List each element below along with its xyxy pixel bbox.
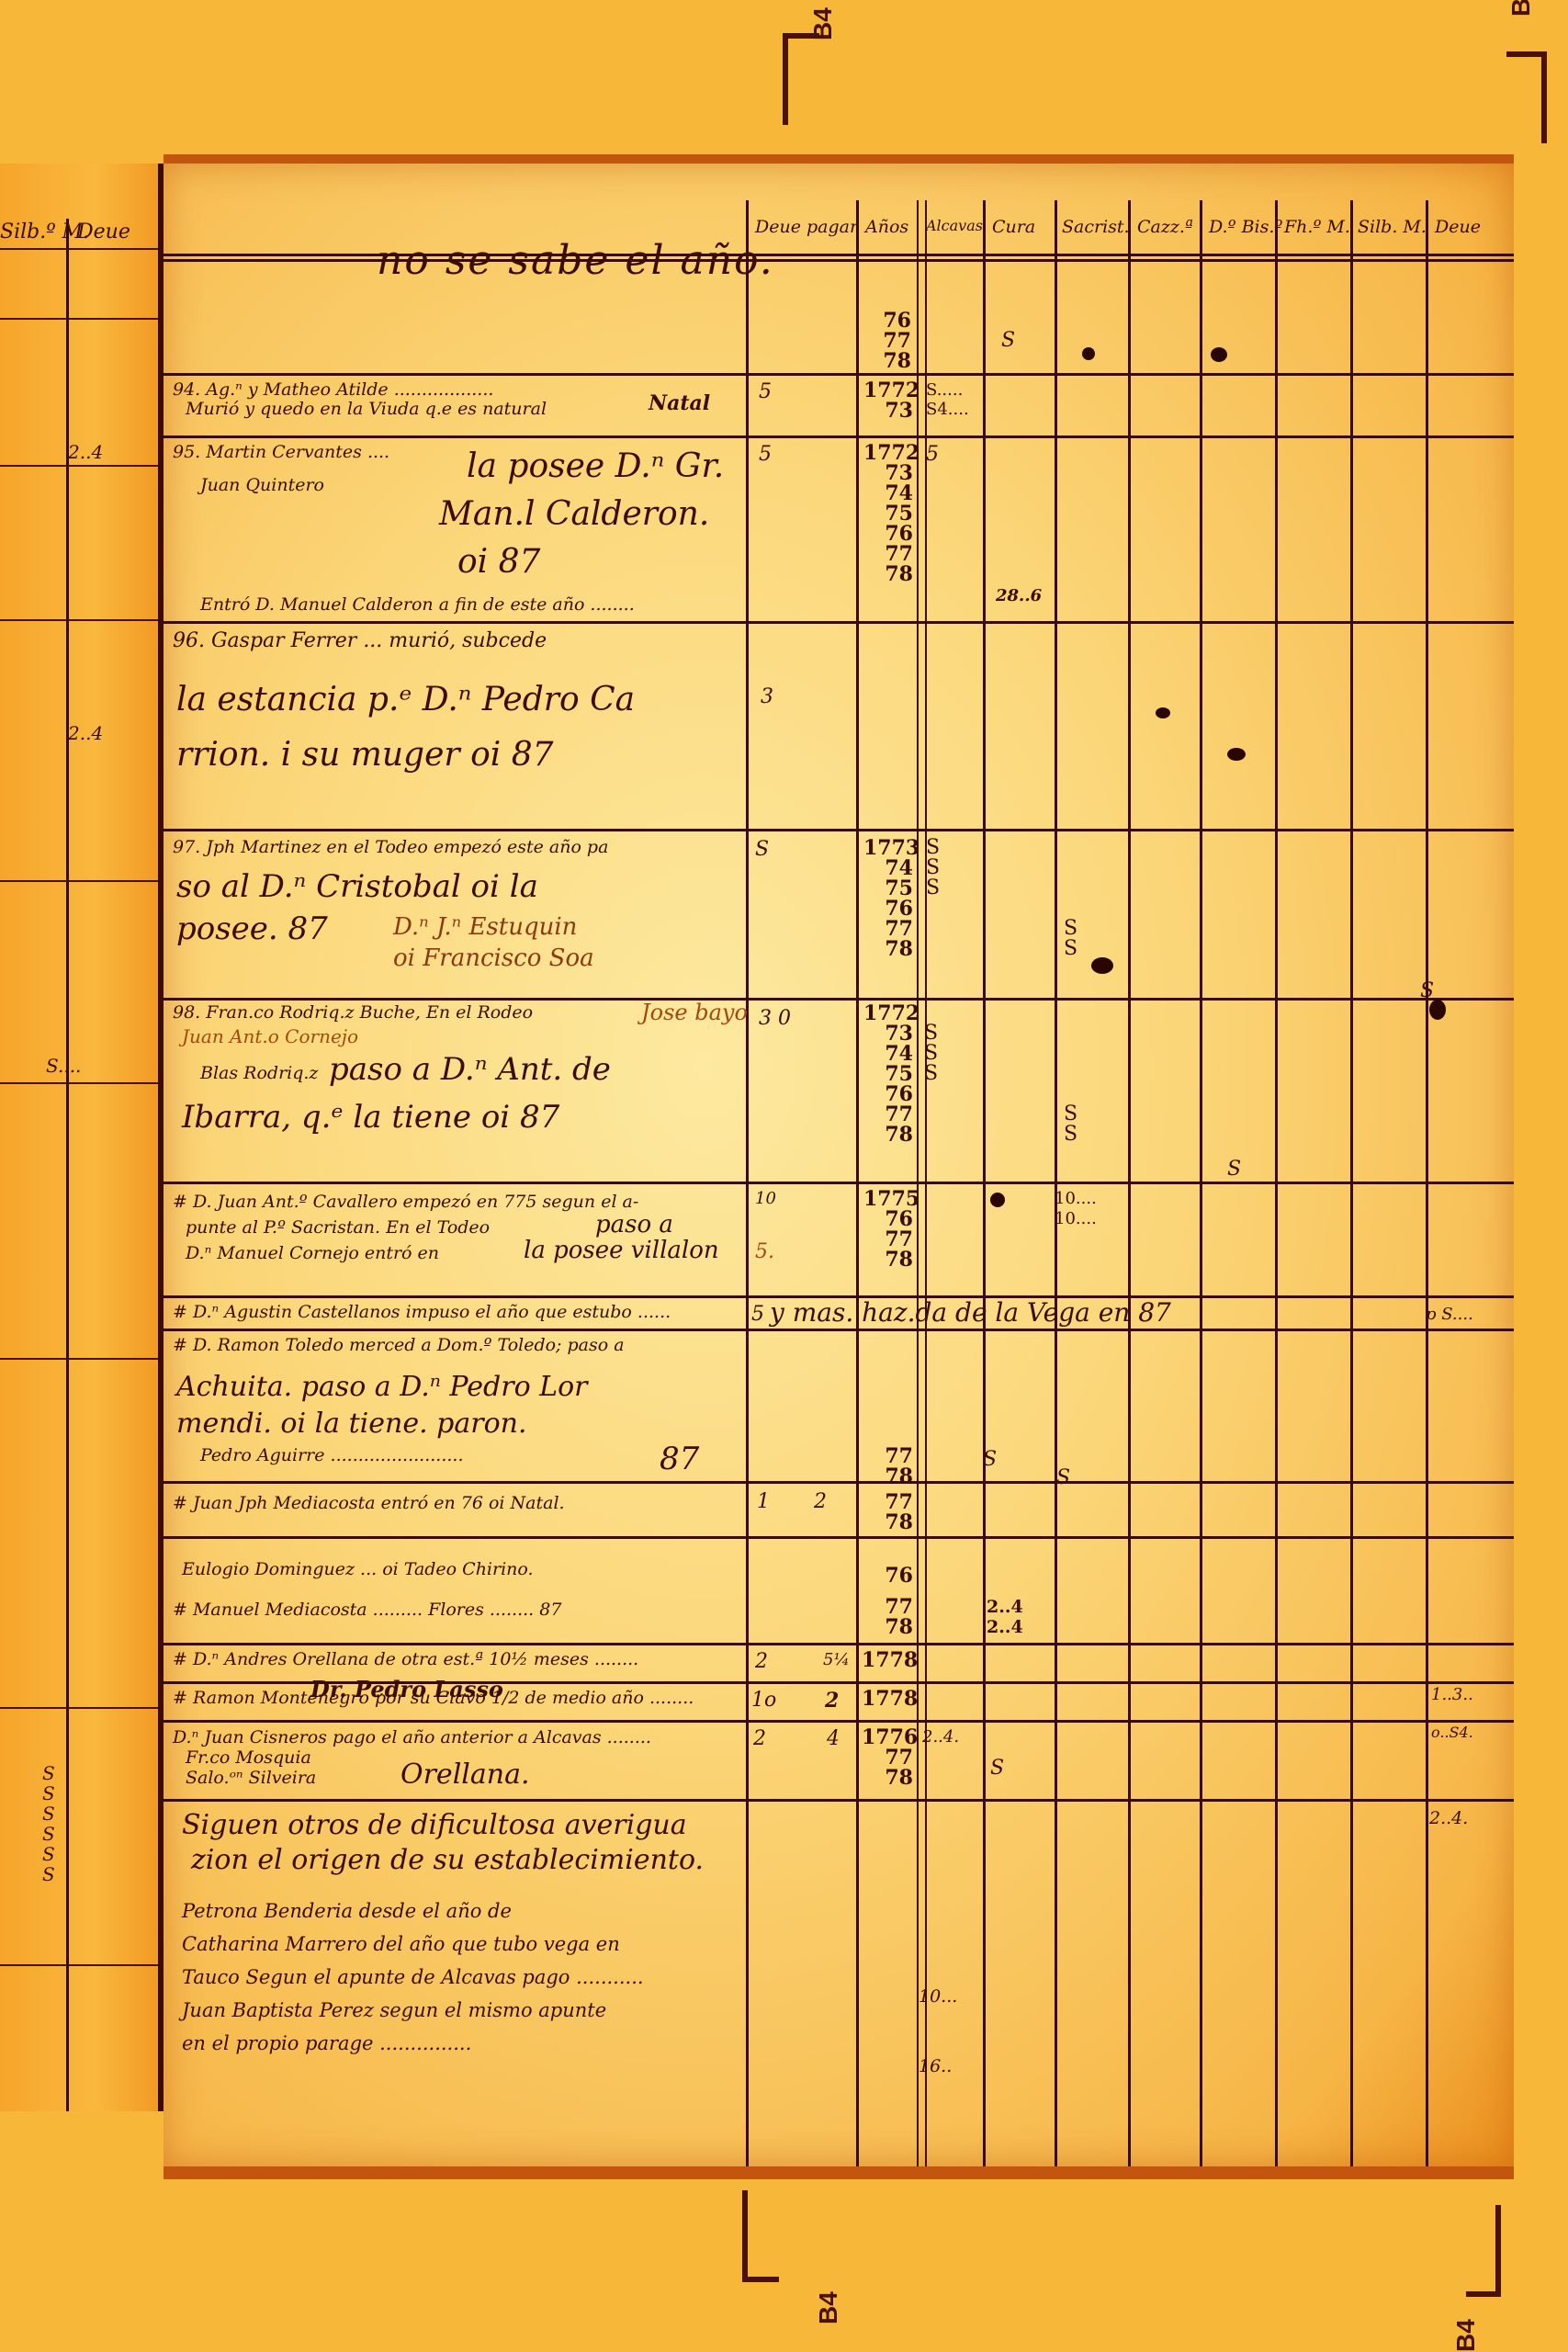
year: 77 [863, 1597, 913, 1617]
entry-name: # Manuel Mediacosta ......... Flores ...… [173, 1600, 742, 1620]
footer-entries: Petrona Benderia desde el año de Cathari… [182, 1894, 644, 2060]
entry-annotation: Ibarra, q.ᵉ la tiene oi 87 [182, 1099, 559, 1136]
year: 73 [863, 1023, 913, 1044]
year: 73 [863, 463, 913, 483]
column-header-sacrist: Sacrist. [1062, 217, 1130, 237]
left-note: S [42, 1762, 55, 1784]
entry-annotation-faded: D.ⁿ J.ⁿ Estuquin oi Francisco Soa [393, 911, 594, 974]
deue-pagar-value: 5 [759, 380, 772, 403]
column-header-anos: Años [865, 217, 908, 237]
column-header-alcavas: Alcavas [926, 217, 983, 234]
left-note: S.... [46, 1055, 81, 1077]
deue-pagar-value-b: 2 [814, 1490, 827, 1513]
footer-entry: Petrona Benderia desde el año de [182, 1894, 644, 1928]
entry-annotation: la posee villalon [524, 1237, 719, 1264]
year: 76 [863, 1209, 913, 1229]
entry-annotation: la estancia p.ᵉ D.ⁿ Pedro Ca rrion. i su… [176, 673, 635, 783]
deue-pagar-value: 3 [761, 685, 773, 708]
crop-mark-bottom-left-h [742, 2277, 779, 2282]
year: 78 [863, 564, 913, 584]
deue-pagar-value: 5 [751, 1303, 764, 1326]
crop-mark-top-left [783, 33, 788, 125]
footer-value: 16.. [919, 2056, 952, 2076]
deue-pagar-value: 3 0 [759, 1007, 791, 1030]
year: 77 [865, 331, 911, 351]
year: 76 [863, 1566, 913, 1586]
fh-value: S [1227, 1158, 1241, 1181]
year: 76 [863, 1084, 913, 1104]
column-header-fh-m: Fh.º M. [1284, 217, 1350, 237]
alcavas-value: 5 [926, 443, 939, 466]
entry-annotation-faded: Jose bayo [641, 1000, 748, 1025]
cura-values: 10.... 10.... [1055, 1189, 1097, 1229]
deue-value: 1..3.. [1431, 1685, 1473, 1704]
left-note: S [42, 1863, 55, 1885]
entry-annotation: 87 [660, 1441, 699, 1477]
column-header-cazz: Cazz.ª [1137, 217, 1193, 237]
cura-mark: S [990, 1757, 1004, 1780]
footer-entry: en el propio parage ............... [182, 2027, 644, 2060]
deue-value: p S.... [1426, 1305, 1473, 1324]
entry-annotation-faded: Juan Ant.o Cornejo [182, 1025, 358, 1047]
cura-mark: S [1001, 329, 1015, 352]
deue-pagar-value-b: 4 [827, 1727, 840, 1750]
deue-pagar-value: 2 [753, 1727, 766, 1750]
year: 77 [863, 919, 913, 939]
year: 75 [863, 878, 913, 899]
sacrist-values: S S [1064, 919, 1077, 959]
year: 78 [863, 1466, 913, 1487]
deue-pagar-value: S [755, 838, 769, 861]
section-title: no se sabe el año. [377, 237, 774, 284]
year: 1778 [862, 1650, 913, 1670]
year: 78 [862, 1768, 913, 1788]
left-page-fragment: Silb.º M. Deue 2..4 2..4 S.... S S S S S… [0, 164, 164, 2111]
year: 76 [865, 311, 911, 331]
crop-mark-bottom-right [1495, 2205, 1501, 2297]
entry-annotation: Dr. Pedro Lasso [310, 1676, 503, 1702]
year: 76 [863, 899, 913, 919]
alcavas-values: S..... S4.... [926, 380, 969, 419]
entry-name: 97. Jph Martinez en el Todeo empezó este… [173, 838, 742, 857]
year: 74 [863, 483, 913, 503]
entry-annotation: Orellana. [400, 1758, 530, 1791]
alcavas-mark: S [983, 1448, 997, 1471]
year: 77 [862, 1747, 913, 1768]
footer-heading: Siguen otros de dificultosa averigua zio… [182, 1808, 704, 1877]
year: 78 [865, 351, 911, 371]
footer-value: 10... [919, 1986, 957, 2007]
deue-pagar-value: 1 [757, 1490, 770, 1513]
alcavas-value: 2..4. [922, 1727, 959, 1747]
column-header-do-bis: D.º Bis.º [1209, 217, 1282, 237]
year: 78 [863, 939, 913, 959]
inline-note: y mas. haz.da de la Vega en 87 [770, 1297, 1171, 1328]
silb-value: S [1420, 979, 1434, 1002]
crop-mark-bottom-right-h [1466, 2291, 1501, 2297]
cura-values: 2..4 2..4 [987, 1597, 1023, 1637]
left-note: S [42, 1803, 55, 1825]
crop-label-bottom-right: B4 [1451, 2319, 1481, 2352]
deue-pagar-value-b: 5¼ [823, 1650, 850, 1669]
year: 1772 [863, 380, 913, 401]
entry-annotation: paso a [595, 1211, 673, 1238]
year: 1776 [862, 1727, 913, 1747]
column-header-deue: Deue [1435, 217, 1481, 237]
column-header-deue-pagar: Deue pagar [755, 217, 858, 237]
year: 75 [863, 1064, 913, 1084]
left-note: 2..4 [68, 722, 103, 744]
year: 77 [863, 1446, 913, 1466]
year: 74 [863, 858, 913, 878]
footer-deue: 2..4. [1429, 1808, 1468, 1828]
left-header-deue: Deue [77, 220, 130, 243]
left-note: S [42, 1782, 55, 1804]
year: 78 [863, 1125, 913, 1145]
ledger-page: Deue pagar Años Alcavas Cura Sacrist. Ca… [164, 154, 1514, 2179]
year: 76 [863, 524, 913, 544]
crop-label-top-right: B4 [1506, 0, 1536, 17]
entry-annotation: la posee D.ⁿ Gr. Man.l Calderon. oi 87 [467, 443, 724, 586]
footer-entry: Tauco Segun el apunte de Alcavas pago ..… [182, 1961, 644, 1994]
column-header-silb-m: Silb. M. [1358, 217, 1427, 237]
entry-name: D.ⁿ Juan Cisneros pago el año anterior a… [173, 1727, 742, 1747]
footer-entry: Juan Baptista Perez segun el mismo apunt… [182, 1994, 644, 2027]
year: 78 [863, 1512, 913, 1532]
year: 1772 [863, 1003, 913, 1023]
crop-mark-top-right-h [1506, 51, 1547, 57]
crop-mark-top-right [1541, 51, 1547, 143]
crop-mark-bottom-left [742, 2190, 748, 2282]
sacrist-values: S S [1064, 1104, 1077, 1145]
alcavas-values: S S S [926, 838, 940, 899]
deue-pagar-value: 2 [755, 1650, 768, 1673]
entry-name: # D.ⁿ Andres Orellana de otra est.ª 10½ … [173, 1650, 742, 1669]
deue-pagar-value: 10 [755, 1189, 776, 1208]
year: 78 [863, 1249, 913, 1270]
left-note: S [42, 1823, 55, 1845]
entry-name: Eulogio Dominguez ... oi Tadeo Chirino. [182, 1560, 751, 1579]
left-note: S [42, 1843, 55, 1865]
year: 1773 [863, 838, 913, 858]
deue-pagar-value-2: 5. [755, 1240, 774, 1263]
crop-label-bottom-left: B4 [814, 2291, 843, 2324]
column-header-cura: Cura [992, 217, 1035, 237]
year: 1775 [863, 1189, 913, 1209]
deue-pagar-value: 5 [759, 443, 772, 466]
entry-name: # D.ⁿ Agustin Castellanos impuso el año … [173, 1303, 742, 1322]
header-rule [164, 254, 1514, 262]
entry-name: 96. Gaspar Ferrer ... murió, subcede [173, 630, 742, 652]
year: 1778 [862, 1689, 913, 1709]
left-note: 2..4 [68, 441, 103, 463]
year: 73 [863, 401, 913, 421]
entry-note: Entró D. Manuel Calderon a fin de este a… [200, 595, 770, 615]
entry-annotation: paso a D.ⁿ Ant. de [329, 1051, 611, 1088]
year: 77 [863, 1104, 913, 1125]
year: 77 [863, 1229, 913, 1249]
year: 1772 [863, 443, 913, 463]
deue-pagar-value: 1o [751, 1689, 776, 1712]
footer-entry: Catharina Marrero del año que tubo vega … [182, 1928, 644, 1961]
year: 74 [863, 1044, 913, 1064]
alcavas-values: S S S [924, 1023, 938, 1084]
entry-annotation: Natal [649, 391, 710, 415]
deue-value: o..S4. [1431, 1724, 1473, 1741]
year: 77 [863, 544, 913, 564]
year: 75 [863, 503, 913, 524]
sacrist-mark: S [1056, 1466, 1070, 1489]
entry-annotation: Achuita. paso a D.ⁿ Pedro Lor mendi. oi … [176, 1369, 588, 1442]
entry-name: # Juan Jph Mediacosta entró en 76 oi Nat… [173, 1494, 742, 1513]
crop-label-top-left: B4 [808, 7, 838, 40]
entry-name: # D. Ramon Toledo merced a Dom.º Toledo;… [173, 1336, 742, 1355]
year: 77 [863, 1492, 913, 1512]
cura-value: 28..6 [996, 586, 1042, 605]
deue-pagar-value-b: 2 [825, 1689, 839, 1713]
year: 78 [863, 1617, 913, 1637]
left-header-silb: Silb.º M. [0, 220, 89, 243]
